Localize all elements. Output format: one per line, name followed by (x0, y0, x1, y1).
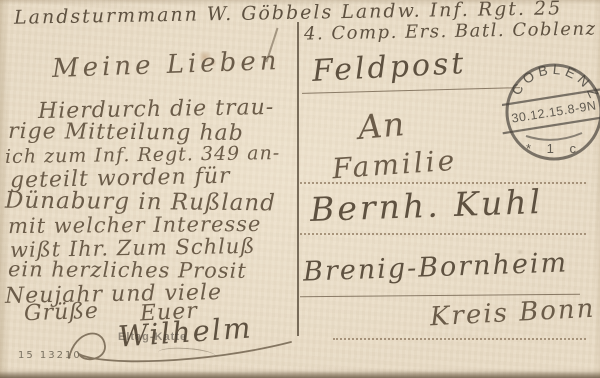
blind-stamp-text: Eltag-Katte (118, 331, 187, 343)
divider-line (297, 22, 299, 336)
feldpost-heading: Feldpost (311, 46, 467, 89)
signature-flourish (55, 322, 310, 370)
message-line: ein herzliches Prosit (8, 257, 247, 283)
print-number: 15 13210 (18, 350, 82, 361)
postmark-index-text: * 1 c (526, 141, 582, 156)
address-intro: An (356, 104, 406, 147)
address-recipient-line-2: Bernh. Kuhl (309, 182, 543, 229)
feldpost-underline (302, 87, 520, 94)
postmark-date-band: 30.12.15.8-9N (502, 89, 600, 134)
postmark-coblenz: COBLENZ 30.12.15.8-9N * 1 c (502, 60, 600, 164)
address-recipient-line-1: Familie (331, 144, 458, 186)
address-dotted-line-1 (300, 182, 586, 184)
message-line: ich zum Inf. Regt. 349 an- (5, 142, 280, 168)
address-place: Brenig-Bornheim (303, 247, 569, 287)
card-bottom-edge-shadow (0, 371, 600, 378)
message-line: rige Mitteilung hab (8, 119, 244, 146)
feldpost-postcard-scan: Landsturmmann W. Göbbels Landw. Inf. Rgt… (0, 0, 600, 378)
top-address-line-2: 4. Comp. Ers. Batl. Coblenz (304, 18, 597, 44)
address-district: Kreis Bonn (429, 294, 596, 333)
postmark-lower-arc (526, 133, 582, 140)
message-salutation: Meine Lieben (52, 46, 281, 84)
address-dotted-line-2 (300, 233, 586, 235)
address-dotted-line-3 (333, 338, 586, 340)
